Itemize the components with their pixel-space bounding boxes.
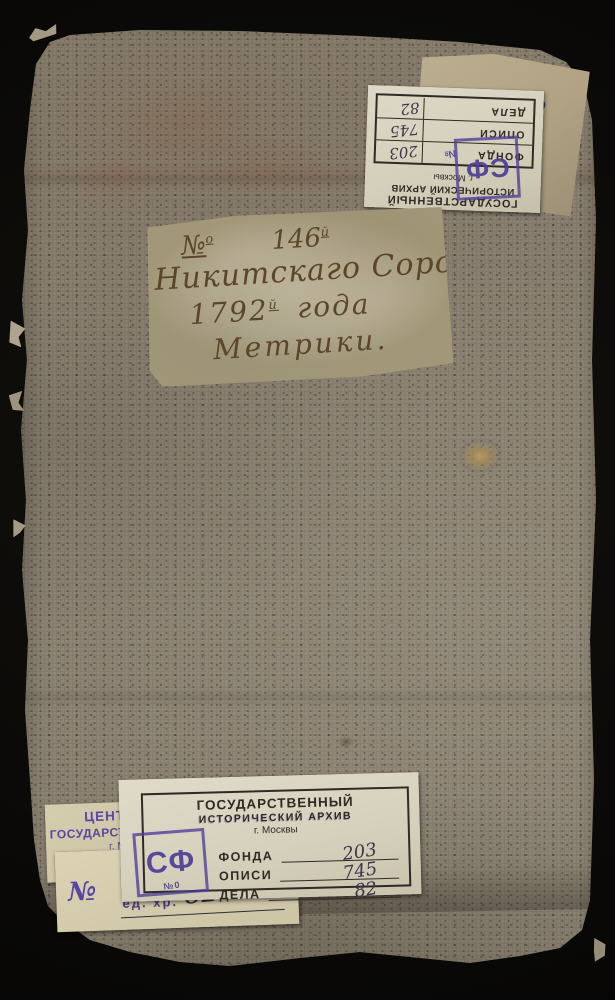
- frayed-cloth-tuft: [8, 391, 25, 413]
- delo-value: 82: [353, 878, 379, 902]
- frayed-cloth-tuft: [6, 321, 27, 348]
- title-label: №о146й Никитскаго Сорока 1792йгода Метри…: [144, 207, 454, 388]
- fond-label: ФОНДА: [218, 849, 273, 864]
- sf-stamp: СФ №: [454, 136, 521, 201]
- numero-sign: №: [180, 230, 206, 261]
- upside-down-content: ГОСУДАРСТВЕННЫЙ ИСТОРИЧЕСКИЙ АРХИВ г. Мо…: [364, 85, 544, 213]
- inventory-value-line: [121, 909, 285, 919]
- photo-background: д 82 в ГОСУДАРСТВЕННЫЙ ИСТОРИЧЕСКИЙ АРХИ…: [0, 0, 615, 1000]
- frayed-cloth-tuft: [587, 938, 610, 964]
- archive-label-top: ГОСУДАРСТВЕННЫЙ ИСТОРИЧЕСКИЙ АРХИВ г. Мо…: [364, 85, 544, 213]
- sf-stamp-letters: СФ: [145, 844, 197, 882]
- delo-value: 82: [399, 98, 420, 118]
- delo-label: ДЕЛА: [219, 887, 260, 902]
- archive-label-bottom: ГОСУДАРСТВЕННЫЙ ИСТОРИЧЕСКИЙ АРХИВ г. Мо…: [118, 772, 421, 902]
- opis-label: ОПИСИ: [219, 868, 273, 883]
- fond-value: 203: [388, 142, 418, 163]
- frayed-cloth-tuft: [27, 22, 59, 43]
- opis-value: 745: [389, 120, 419, 141]
- sf-stamp: СФ №0: [132, 828, 209, 897]
- year: 1792: [189, 293, 270, 331]
- sf-stamp-letters: СФ: [464, 152, 510, 185]
- delo-label: ДЕЛА: [424, 98, 534, 123]
- sf-stamp-number: №0: [163, 880, 181, 892]
- year-word: года: [296, 287, 371, 324]
- case-number: 146: [271, 223, 322, 256]
- inventory-numero-sign: №: [68, 877, 97, 908]
- sf-stamp-number: №: [443, 147, 457, 160]
- frayed-cloth-tuft: [11, 519, 26, 539]
- fond-opis-delo-rows: ФОНДА 203 ОПИСИ 745 ДЕЛА 82: [218, 841, 399, 903]
